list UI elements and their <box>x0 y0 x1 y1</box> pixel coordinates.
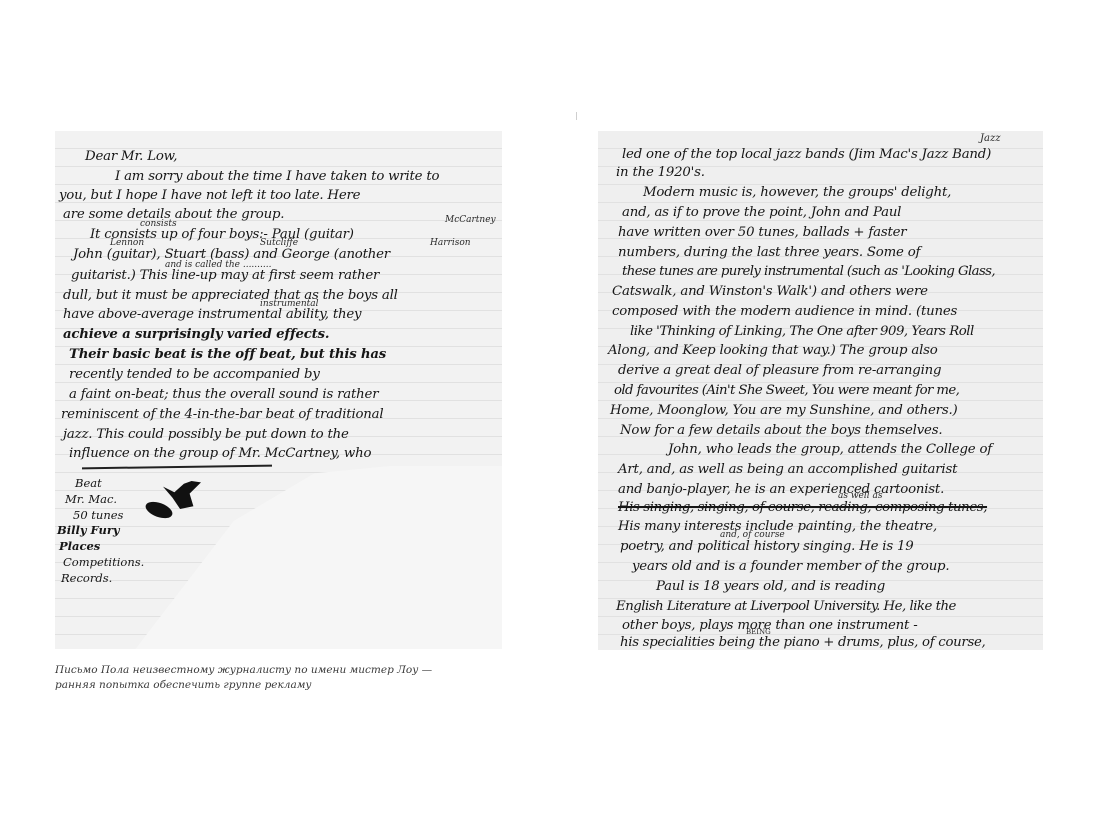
note-item: Mr. Mac. <box>65 492 117 506</box>
letter-line: years old and is a founder member of the… <box>632 559 949 574</box>
annotation-mccartney: McCartney <box>445 215 496 225</box>
figure-caption: Письмо Пола неизвестному журналисту по и… <box>55 663 435 693</box>
letter-line: jazz. This could possibly be put down to… <box>63 427 349 442</box>
letter-line: a faint on-beat; thus the overall sound … <box>69 387 378 402</box>
letter-line: English Literature at Liverpool Universi… <box>616 599 956 614</box>
letter-line: you, but I hope I have not left it too l… <box>59 188 360 203</box>
ink-blot <box>143 499 174 522</box>
letter-line: Paul is 18 years old, and is reading <box>656 579 885 594</box>
letter-line: numbers, during the last three years. So… <box>618 245 920 260</box>
letter-line: and banjo-player, he is an experienced c… <box>618 482 944 497</box>
letter-line: have written over 50 tunes, ballads + fa… <box>618 225 906 240</box>
letter-line: John, who leads the group, attends the C… <box>668 442 992 457</box>
salutation: Dear Mr. Low, <box>85 149 177 164</box>
letter-line: composed with the modern audience in min… <box>612 304 957 319</box>
letter-line: dull, but it must be appreciated that as… <box>63 288 398 303</box>
caption-line-2: ранняя попытка обеспечить группе рекламу <box>55 678 435 693</box>
letter-line: Modern music is, however, the groups' de… <box>643 185 951 200</box>
letter-line: poetry, and political history singing. H… <box>620 539 914 554</box>
letter-line: Along, and Keep looking that way.) The g… <box>608 343 938 358</box>
letter-line: guitarist.) This line-up may at first se… <box>71 268 379 283</box>
letter-line: reminiscent of the 4-in-the-bar beat of … <box>61 407 383 422</box>
note-item: Beat <box>75 476 102 490</box>
annotation-harrison: Harrison <box>430 238 471 248</box>
letter-line: like 'Thinking of Linking, The One after… <box>630 324 974 339</box>
letter-line: influence on the group of Mr. McCartney,… <box>69 446 371 461</box>
letter-line: old favourites (Ain't She Sweet, You wer… <box>614 383 959 398</box>
letter-line: Art, and, as well as being an accomplish… <box>618 462 957 477</box>
note-item: 50 tunes <box>73 508 123 522</box>
note-item: Competitions. <box>63 555 144 569</box>
letter-page-left: Dear Mr. Low, I am sorry about the time … <box>55 131 502 649</box>
letter-line: his specialities being the piano + drums… <box>620 635 985 650</box>
note-item: Records. <box>61 571 112 585</box>
letter-line-struck: His singing, singing, of course, reading… <box>618 500 987 515</box>
letter-line: Now for a few details about the boys the… <box>620 423 942 438</box>
ink-blot <box>163 481 201 509</box>
letter-line: Their basic beat is the off beat, but th… <box>69 347 386 362</box>
letter-line: Home, Moonglow, You are my Sunshine, and… <box>610 403 957 418</box>
note-item: Places <box>59 539 100 553</box>
letter-line: Catswalk, and Winston's Walk') and other… <box>612 284 928 299</box>
caption-line-1: Письмо Пола неизвестному журналисту по и… <box>55 663 435 678</box>
letter-line: achieve a surprisingly varied effects. <box>63 327 329 342</box>
letter-line: I am sorry about the time I have taken t… <box>115 169 439 184</box>
letter-line: recently tended to be accompanied by <box>69 367 320 382</box>
letter-line: led one of the top local jazz bands (Jim… <box>622 147 991 162</box>
annotation-jazz: Jazz <box>980 133 1001 144</box>
letter-line: these tunes are purely instrumental (suc… <box>622 264 995 279</box>
letter-line: and, as if to prove the point, John and … <box>622 205 901 220</box>
note-item: Billy Fury <box>57 523 120 537</box>
letter-line: derive a great deal of pleasure from re-… <box>618 363 941 378</box>
letter-line: have above-average instrumental ability,… <box>63 307 361 322</box>
ink-divider-line <box>82 465 272 470</box>
letter-page-right: Jazz led one of the top local jazz bands… <box>598 131 1043 650</box>
letter-line: in the 1920's. <box>616 165 705 180</box>
gutter-mark <box>576 112 577 120</box>
